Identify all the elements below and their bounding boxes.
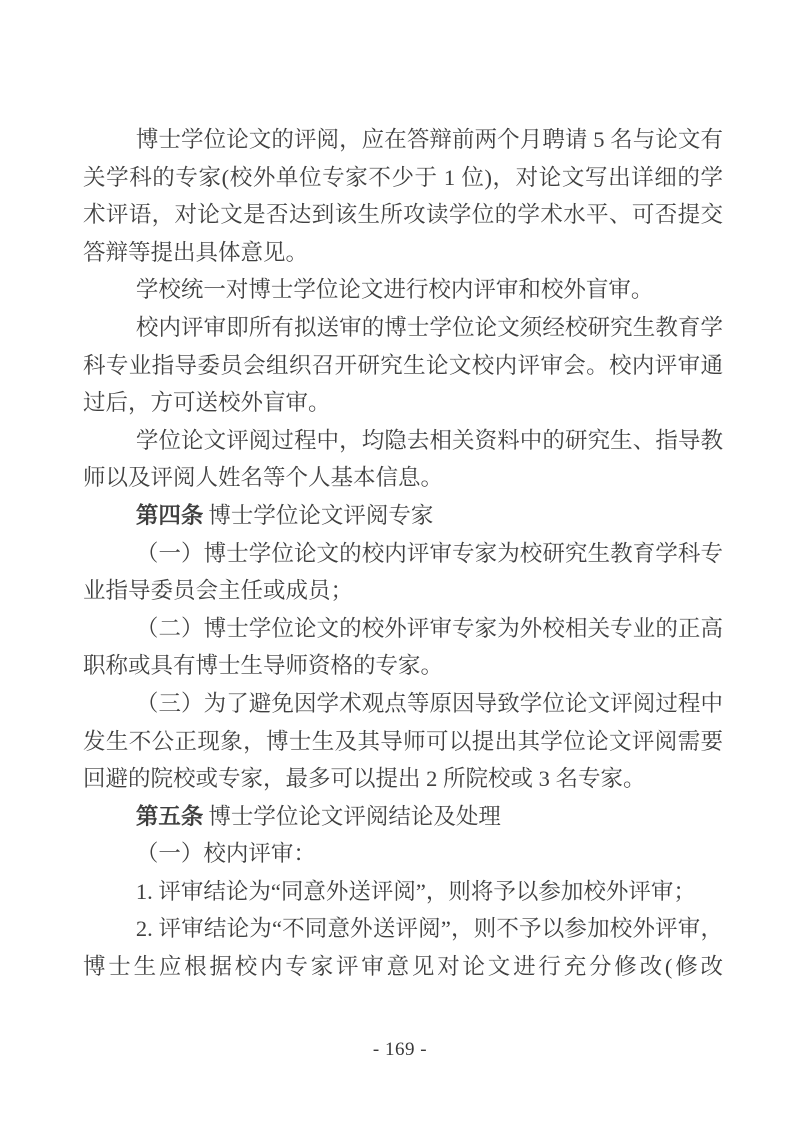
article-heading: 第四条博士学位论文评阅专家	[83, 497, 723, 535]
article-title: 博士学位论文评阅专家	[208, 503, 433, 528]
paragraph: （三）为了避免因学术观点等原因导致学位论文评阅过程中发生不公正现象，博士生及其导…	[83, 685, 723, 798]
page-footer: - 169 -	[0, 1039, 800, 1061]
paragraph: （一）博士学位论文的校内评审专家为校研究生教育学科专业指导委员会主任或成员；	[83, 535, 723, 610]
article-number: 第四条	[136, 503, 204, 528]
paragraph: （一）校内评审：	[83, 835, 723, 873]
paragraph: 博士学位论文的评阅，应在答辩前两个月聘请 5 名与论文有关学科的专家(校外单位专…	[83, 121, 723, 271]
article-heading: 第五条博士学位论文评阅结论及处理	[83, 798, 723, 836]
paragraph: 学校统一对博士学位论文进行校内评审和校外盲审。	[83, 271, 723, 309]
paragraph: 学位论文评阅过程中，均隐去相关资料中的研究生、指导教师以及评阅人姓名等个人基本信…	[83, 422, 723, 497]
page-number: - 169 -	[373, 1039, 427, 1060]
paragraph: 2. 评审结论为“不同意外送评阅”，则不予以参加校外评审，博士生应根据校内专家评…	[83, 910, 723, 985]
article-title: 博士学位论文评阅结论及处理	[208, 804, 501, 829]
paragraph: 1. 评审结论为“同意外送评阅”，则将予以参加校外评审；	[83, 873, 723, 911]
document-page: 博士学位论文的评阅，应在答辩前两个月聘请 5 名与论文有关学科的专家(校外单位专…	[0, 0, 800, 1131]
paragraph: 校内评审即所有拟送审的博士学位论文须经校研究生教育学科专业指导委员会组织召开研究…	[83, 309, 723, 422]
document-body: 博士学位论文的评阅，应在答辩前两个月聘请 5 名与论文有关学科的专家(校外单位专…	[83, 121, 723, 986]
article-number: 第五条	[136, 804, 204, 829]
paragraph: （二）博士学位论文的校外评审专家为外校相关专业的正高职称或具有博士生导师资格的专…	[83, 610, 723, 685]
